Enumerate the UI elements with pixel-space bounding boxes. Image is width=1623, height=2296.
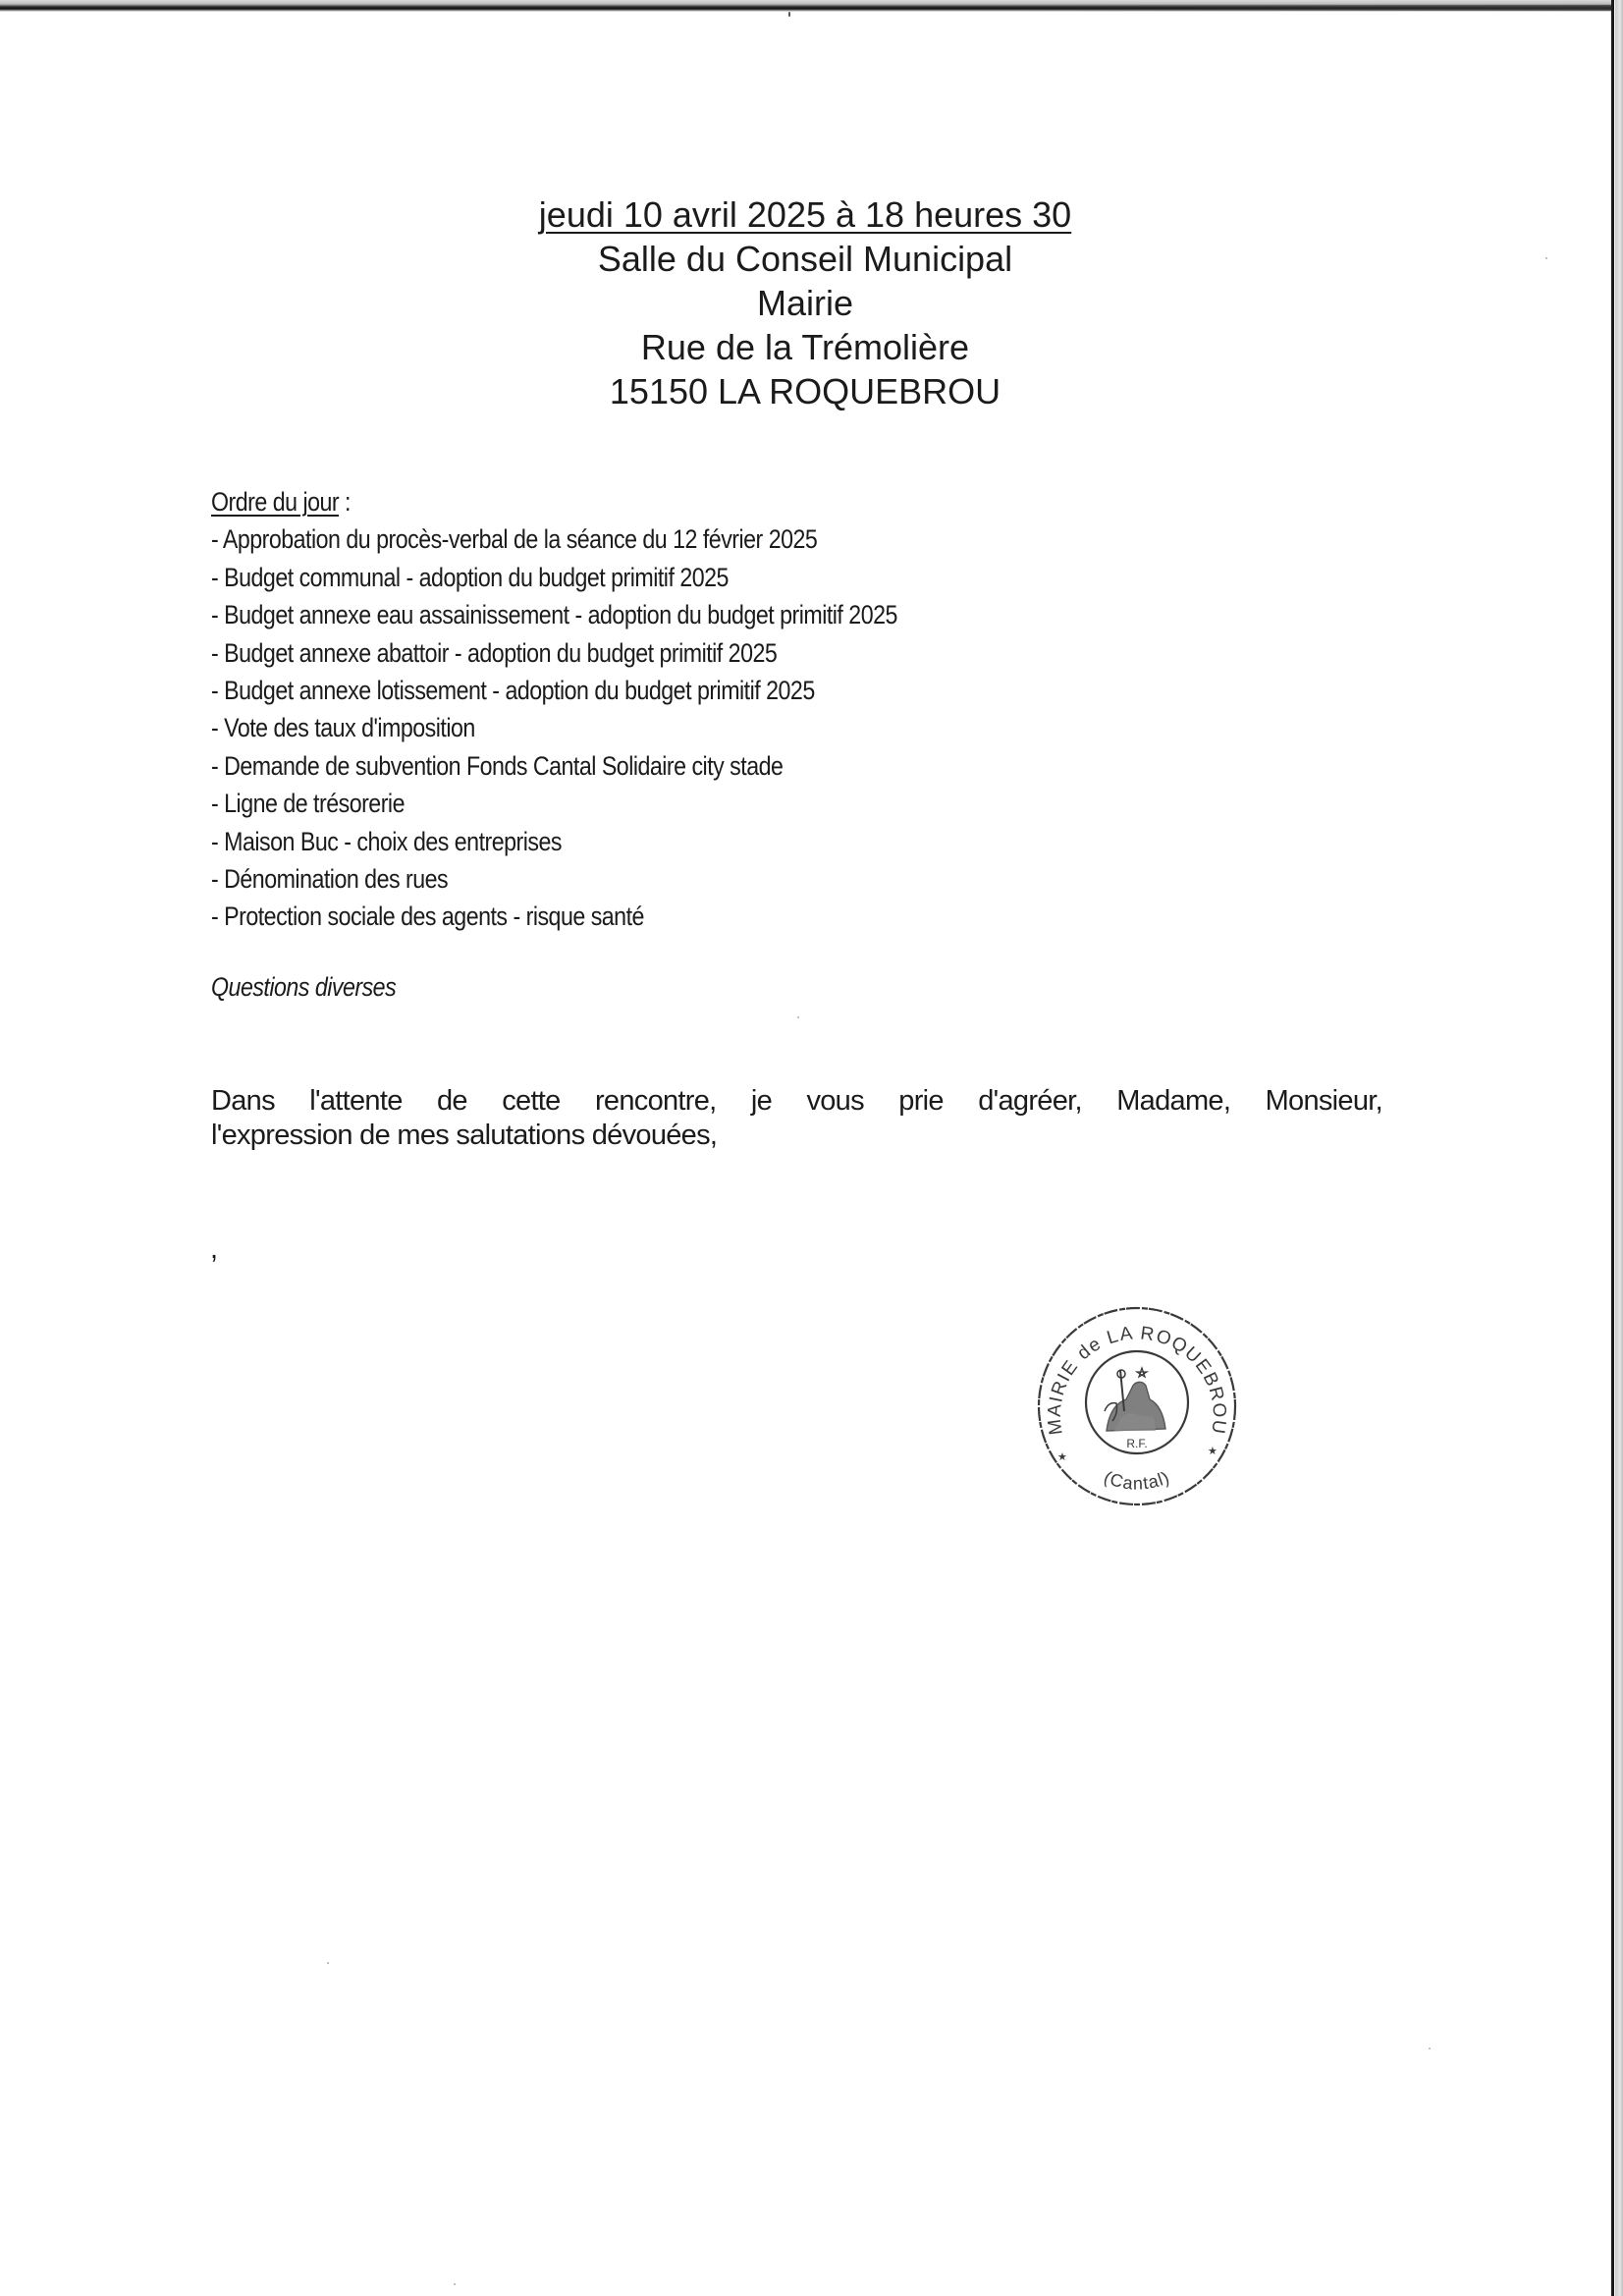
meeting-building: Mairie [0, 281, 1610, 325]
agenda-item: - Approbation du procès-verbal de la séa… [211, 520, 817, 558]
svg-text:(Cantal): (Cantal) [1101, 1467, 1172, 1494]
scan-dust [454, 2283, 456, 2285]
meeting-venue: Salle du Conseil Municipal [0, 237, 1610, 281]
agenda: Ordre du jour : - Approbation du procès-… [211, 483, 1009, 936]
svg-text:★: ★ [1208, 1445, 1217, 1457]
stamp-bottom-text: (Cantal) [1101, 1467, 1172, 1494]
agenda-item: - Protection sociale des agents - risque… [211, 898, 644, 935]
meeting-city: 15150 LA ROQUEBROU [0, 369, 1610, 413]
agenda-item: - Budget annexe eau assainissement - ado… [211, 596, 897, 633]
agenda-item: - Demande de subvention Fonds Cantal Sol… [211, 747, 783, 785]
scan-dust [797, 1016, 799, 1018]
agenda-item: - Vote des taux d'imposition [211, 709, 475, 746]
agenda-item: - Ligne de trésorerie [211, 785, 405, 822]
closing-line-1: Dans l'attente de cette rencontre, je vo… [211, 1084, 1382, 1119]
closing-line-2: l'expression de mes salutations dévouées… [211, 1119, 1382, 1153]
official-seal-icon: R.F. MAIRIE de LA ROQUEBROU (Cantal) ★ ★ [1036, 1305, 1238, 1507]
scan-dust [327, 1962, 329, 1964]
scan-top-shadow [982, 5, 1612, 11]
closing-paragraph: Dans l'attente de cette rencontre, je vo… [211, 1084, 1382, 1153]
meeting-header: jeudi 10 avril 2025 à 18 heures 30 Salle… [0, 192, 1610, 413]
agenda-item: - Dénomination des rues [211, 860, 448, 898]
agenda-item: - Maison Buc - choix des entreprises [211, 823, 562, 860]
meeting-date: jeudi 10 avril 2025 à 18 heures 30 [539, 192, 1071, 237]
scan-right-strip [1615, 0, 1623, 2296]
agenda-heading-colon: : [339, 487, 351, 517]
agenda-item: - Budget annexe abattoir - adoption du b… [211, 634, 777, 672]
scan-dust [788, 12, 790, 17]
questions-diverses: Questions diverses [211, 972, 396, 1003]
agenda-heading: Ordre du jour [211, 487, 339, 517]
agenda-item: - Budget communal - adoption du budget p… [211, 559, 729, 596]
scan-dust [1429, 2048, 1431, 2050]
agenda-item: - Budget annexe lotissement - adoption d… [211, 672, 815, 709]
stray-comma: , [210, 1233, 218, 1266]
svg-text:★: ★ [1057, 1450, 1067, 1463]
scan-right-edge [1611, 0, 1614, 2296]
scanned-letter-page: jeudi 10 avril 2025 à 18 heures 30 Salle… [0, 0, 1623, 2296]
stamp-rf-text: R.F. [1126, 1437, 1147, 1450]
meeting-street: Rue de la Trémolière [0, 325, 1610, 369]
